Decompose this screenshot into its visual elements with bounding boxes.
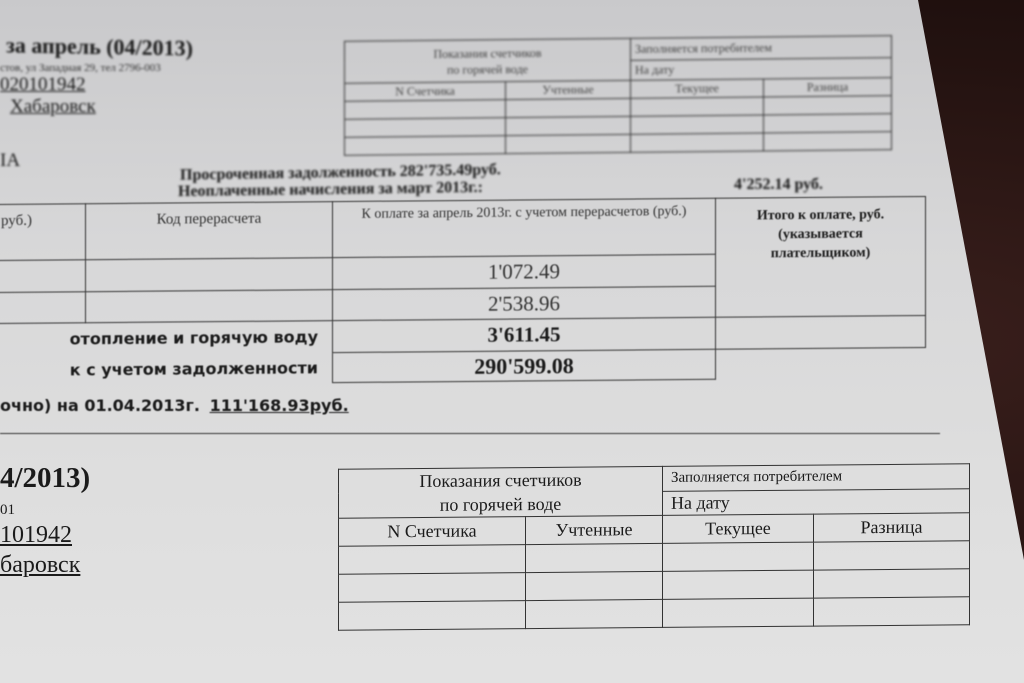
meter-cell[interactable] [506, 134, 631, 153]
col-total-payable: Итого к оплате, руб. (указывается плател… [716, 196, 926, 317]
consumer-fill-header: Заполняется потребителем [631, 36, 892, 61]
col-difference: Разница [764, 78, 892, 97]
meter-cell[interactable] [345, 136, 506, 156]
bottom-consumer-fill-header: Заполняется потребителем [663, 464, 970, 491]
bottom-meter-table: Показания счетчиков по горячей воде Запо… [338, 463, 970, 631]
charge-code [86, 290, 333, 323]
meter-cell[interactable] [764, 96, 892, 115]
bottom-meter-cell[interactable] [526, 543, 663, 572]
payment-line: очно) на 01.04.2013г. 111'168.93руб. [0, 396, 349, 415]
bottom-meter-cell[interactable] [339, 601, 526, 631]
bottom-meter-cell[interactable] [814, 541, 970, 570]
charge-amount: 1'072.49 [333, 254, 716, 289]
supplier-address: стов, ул Западная 29, тел 2796-003 [0, 62, 161, 74]
bottom-meter-cell[interactable] [663, 542, 814, 571]
bottom-meter-cell[interactable] [663, 570, 814, 599]
bottom-meter-cell[interactable] [814, 597, 970, 626]
section-divider [0, 433, 940, 434]
date-header: На дату [631, 58, 892, 81]
bottom-meter-cell[interactable] [339, 573, 526, 603]
meter-cell[interactable] [506, 116, 631, 135]
meter-cell[interactable] [631, 133, 764, 152]
total-payable-input[interactable] [716, 315, 926, 349]
bill-period-title: за апрель (04/2013) [6, 32, 193, 61]
charges-table: руб.) Код перерасчета К оплате за апрель… [0, 196, 926, 386]
bottom-city-name: баровск [0, 552, 80, 579]
col-april-payment: К оплате за апрель 2013г. с учетом перер… [333, 198, 716, 257]
bottom-meter-cell[interactable] [526, 571, 663, 600]
col-current: Текущее [631, 79, 764, 98]
total-heat-label: отопление и горячую воду [0, 321, 333, 356]
bottom-date-header: На дату [663, 488, 970, 515]
unpaid-charges-value: 4'252.14 руб. [734, 176, 823, 194]
meter-cell[interactable] [631, 115, 764, 134]
bottom-code-fragment: 01 [0, 502, 15, 519]
col-meter-number: N Счетчика [345, 82, 506, 102]
meter-cell[interactable] [345, 118, 506, 138]
unpaid-charges-label: Неоплаченные начисления за март 2013г.: [178, 179, 483, 201]
meter-cell[interactable] [764, 114, 892, 133]
bottom-col-meter-number: N Счетчика [339, 517, 526, 547]
charge-label [0, 260, 86, 293]
bottom-meter-cell[interactable] [663, 598, 814, 627]
empty-cell [716, 347, 926, 379]
meter-cell[interactable] [506, 98, 631, 117]
bottom-meter-header-line2: по горячей воде [339, 491, 662, 518]
total-debt-value: 290'599.08 [333, 349, 716, 382]
col-recorded: Учтенные [506, 80, 631, 99]
payment-line-value: 111'168.93руб. [210, 396, 349, 415]
meter-cell[interactable] [764, 132, 892, 151]
charge-code [86, 258, 333, 292]
charge-label [0, 292, 86, 324]
total-debt-label: к с учетом задолженности [0, 353, 333, 386]
city-name: Хабаровск [10, 96, 96, 118]
top-meter-table: Показания счетчиков по горячей воде Запо… [344, 35, 892, 156]
total-heat-value: 3'611.45 [333, 317, 716, 352]
charge-amount: 2'538.96 [333, 286, 716, 320]
bottom-meter-cell[interactable] [339, 545, 526, 575]
meter-header-line2: по горячей воде [345, 59, 630, 78]
bottom-meter-cell[interactable] [526, 599, 663, 628]
bottom-meter-header: Показания счетчиков по горячей воде [339, 466, 663, 518]
recipient-fragment: IA [0, 150, 20, 172]
meter-cell[interactable] [631, 97, 764, 116]
account-number: 020101942 [0, 74, 86, 96]
col-recalc-code: Код перерасчета [86, 202, 333, 260]
col-amount-rub: руб.) [0, 204, 86, 261]
bottom-meter-cell[interactable] [814, 569, 970, 598]
bottom-col-current: Текущее [663, 514, 814, 543]
payment-line-prefix: очно) на 01.04.2013г. [0, 396, 200, 415]
bottom-period-title: 4/2013) [0, 462, 90, 495]
bottom-col-recorded: Учтенные [526, 515, 663, 544]
meter-header: Показания счетчиков по горячей воде [345, 38, 631, 83]
bottom-col-difference: Разница [814, 513, 970, 542]
utility-bill-paper: за апрель (04/2013) стов, ул Западная 29… [0, 0, 1024, 683]
meter-cell[interactable] [345, 100, 506, 120]
bottom-meter-header-line1: Показания счетчиков [339, 467, 662, 494]
bottom-account-number: 101942 [0, 522, 80, 549]
